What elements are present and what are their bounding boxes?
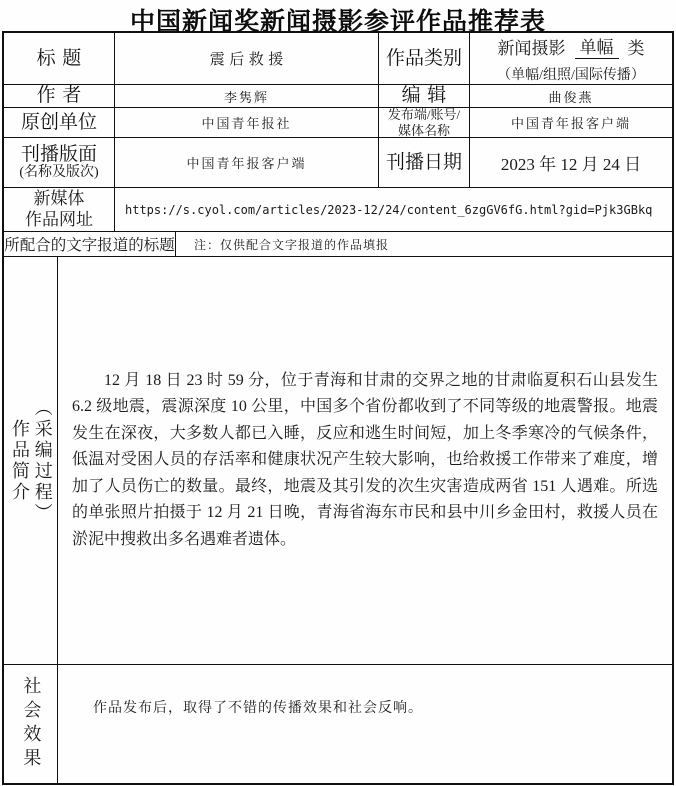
editor-label: 编辑 — [379, 85, 470, 107]
social-label-vertical: 社会效果 — [21, 676, 41, 772]
social-content: 作品发布后，取得了不错的传播效果和社会反响。 — [58, 665, 672, 783]
editor-value: 曲俊燕 — [470, 85, 672, 107]
text-report-label: 所配合的文字报道的标题 — [4, 232, 176, 256]
recommendation-form-page: 中国新闻奖新闻摄影参评作品推荐表 标题 震后救援 作品类别 新闻摄影 单幅 类 … — [0, 0, 676, 786]
intro-content: 12 月 18 日 23 时 59 分，位于青海和甘肃的交界之地的甘肃临夏积石山… — [58, 257, 672, 664]
social-paragraph: 作品发布后，取得了不错的传播效果和社会反响。 — [93, 697, 423, 717]
platform-label-line1: 发布端/账号/ — [388, 108, 460, 123]
platform-value: 中国青年报客户端 — [470, 108, 672, 137]
platform-label: 发布端/账号/ 媒体名称 — [379, 108, 470, 137]
category-options-note: （单幅/组照/国际传播） — [497, 64, 645, 84]
intro-label: 作品简介 （采编过程） — [4, 257, 58, 664]
edition-label-sub: (名称及版次) — [19, 166, 98, 181]
edition-label-main: 刊播版面 — [21, 145, 97, 165]
social-label: 社会效果 — [4, 665, 58, 783]
page-title: 中国新闻奖新闻摄影参评作品推荐表 — [0, 0, 676, 31]
recommendation-table: 标题 震后救援 作品类别 新闻摄影 单幅 类 （单幅/组照/国际传播） 作者 李… — [2, 31, 674, 785]
row-edition-date: 刊播版面 (名称及版次) 中国青年报客户端 刊播日期 2023 年 12 月 2… — [4, 138, 672, 188]
row-title-category: 标题 震后救援 作品类别 新闻摄影 单幅 类 （单幅/组照/国际传播） — [4, 33, 672, 85]
intro-label-col-left: 作品简介 — [9, 419, 29, 503]
url-label-line1: 新媒体 — [34, 189, 85, 209]
intro-label-col-right: （采编过程） — [32, 398, 52, 524]
url-label: 新媒体 作品网址 — [4, 188, 115, 231]
publish-date-value: 2023 年 12 月 24 日 — [470, 138, 672, 187]
publish-date-label: 刊播日期 — [379, 138, 470, 187]
url-text: https://s.cyol.com/articles/2023-12/24/c… — [125, 203, 652, 217]
row-url: 新媒体 作品网址 https://s.cyol.com/articles/202… — [4, 188, 672, 232]
category-main: 新闻摄影 — [498, 34, 566, 59]
origin-org-label: 原创单位 — [4, 108, 115, 137]
work-title-label: 标题 — [4, 33, 115, 84]
origin-org-value: 中国青年报社 — [115, 108, 379, 137]
edition-value: 中国青年报客户端 — [115, 138, 379, 187]
row-text-report-title: 所配合的文字报道的标题 注：仅供配合文字报道的作品填报 — [4, 232, 672, 257]
edition-label: 刊播版面 (名称及版次) — [4, 138, 115, 187]
intro-paragraph: 12 月 18 日 23 时 59 分，位于青海和甘肃的交界之地的甘肃临夏积石山… — [72, 368, 658, 554]
platform-label-line2: 媒体名称 — [398, 123, 450, 138]
author-value: 李隽辉 — [115, 85, 379, 107]
category-type-underlined: 单幅 — [575, 33, 619, 59]
category-label: 作品类别 — [379, 33, 470, 84]
row-author-editor: 作者 李隽辉 编辑 曲俊燕 — [4, 85, 672, 108]
url-value: https://s.cyol.com/articles/2023-12/24/c… — [115, 188, 672, 231]
category-suffix: 类 — [628, 34, 645, 59]
text-report-note: 注：仅供配合文字报道的作品填报 — [176, 232, 672, 256]
row-org-platform: 原创单位 中国青年报社 发布端/账号/ 媒体名称 中国青年报客户端 — [4, 108, 672, 138]
author-label: 作者 — [4, 85, 115, 107]
url-label-line2: 作品网址 — [25, 210, 93, 230]
row-social-effect: 社会效果 作品发布后，取得了不错的传播效果和社会反响。 — [4, 665, 672, 783]
work-title-value: 震后救援 — [115, 33, 379, 84]
category-value-line1: 新闻摄影 单幅 类 — [498, 33, 645, 59]
category-value: 新闻摄影 单幅 类 （单幅/组照/国际传播） — [470, 33, 672, 84]
row-intro: 作品简介 （采编过程） 12 月 18 日 23 时 59 分，位于青海和甘肃的… — [4, 257, 672, 665]
